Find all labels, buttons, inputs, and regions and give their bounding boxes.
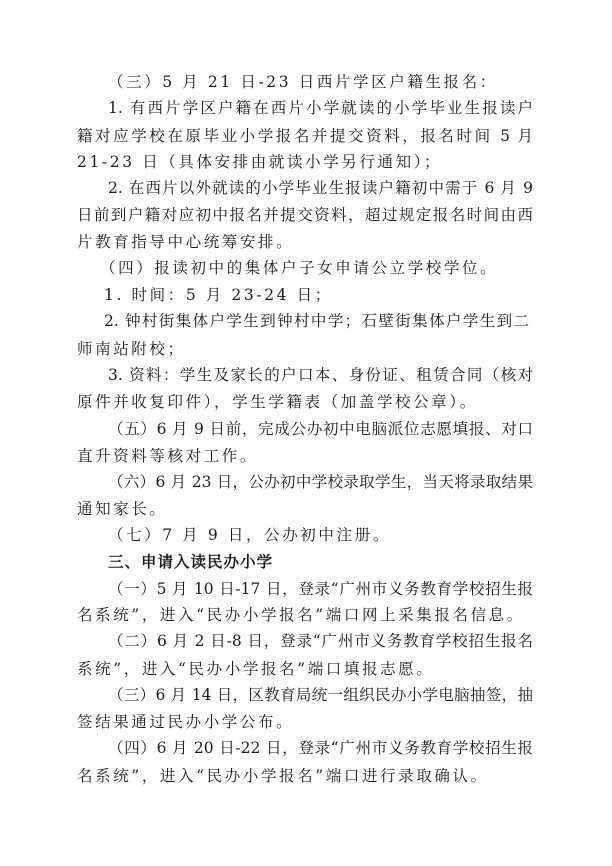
text-line: 通知家长。 — [77, 499, 533, 519]
text-line: 片教育指导中心统筹安排。 — [77, 232, 533, 252]
text-line: （四）6 月 20 日-22 日，登录“广州市义务教育学校招生报 — [108, 738, 533, 758]
text-line: 名系统”，进入“民办小学报名”端口网上采集报名信息。 — [77, 605, 533, 625]
text-line: 2. 在西片以外就读的小学毕业生报读户籍初中需于 6 月 9 — [108, 178, 533, 198]
text-line: （七）7 月 9 日，公办初中注册。 — [108, 525, 533, 545]
document-page: （三）5 月 21 日-23 日西片学区户籍生报名： 1. 有西片学区户籍在西片… — [0, 0, 612, 866]
text-line: 系统”，进入“民办小学报名”端口填报志愿。 — [77, 659, 533, 679]
text-line: 日前到户籍对应初中报名并提交资料，超过规定报名时间由西 — [77, 205, 533, 225]
text-line: 原件并收复印件），学生学籍表（加盖学校公章）。 — [77, 392, 533, 412]
text-line: （六）6 月 23 日，公办初中学校录取学生，当天将录取结果 — [108, 472, 533, 492]
text-line: （三）5 月 21 日-23 日西片学区户籍生报名： — [108, 72, 533, 92]
text-line: 直升资料等核对工作。 — [77, 446, 533, 466]
text-line: （二）6 月 2 日-8 日，登录“广州市义务教育学校招生报名 — [108, 631, 533, 651]
text-line: 21-23 日（具体安排由就读小学另行通知）； — [77, 152, 533, 172]
text-line: 3. 资料：学生及家长的户口本、身份证、租赁合同（核对 — [108, 365, 533, 385]
text-line: 1. 有西片学区户籍在西片小学就读的小学毕业生报读户 — [108, 98, 533, 118]
text-line: 1. 时间：5 月 23-24 日； — [104, 285, 529, 305]
text-line: 籍对应学校在原毕业小学报名并提交资料，报名时间 5 月 — [77, 126, 533, 146]
text-line: （五）6 月 9 日前，完成公办初中电脑派位志愿填报、对口 — [108, 419, 533, 439]
text-line: （三）6 月 14 日，区教育局统一组织民办小学电脑抽签，抽 — [108, 685, 533, 705]
text-line: （一）5 月 10 日-17 日，登录“广州市义务教育学校招生报 — [108, 579, 533, 599]
text-line: 2. 钟村街集体户学生到钟村中学；石壁街集体户学生到二 — [104, 311, 529, 331]
section-heading: 三、申请入读民办小学 — [108, 552, 533, 572]
text-line: （四）报读初中的集体户子女申请公立学校学位。 — [100, 258, 525, 278]
text-line: 签结果通过民办小学公布。 — [77, 712, 533, 732]
text-line: 名系统”，进入“民办小学报名”端口进行录取确认。 — [77, 766, 533, 786]
text-line: 师南站附校； — [77, 339, 533, 359]
